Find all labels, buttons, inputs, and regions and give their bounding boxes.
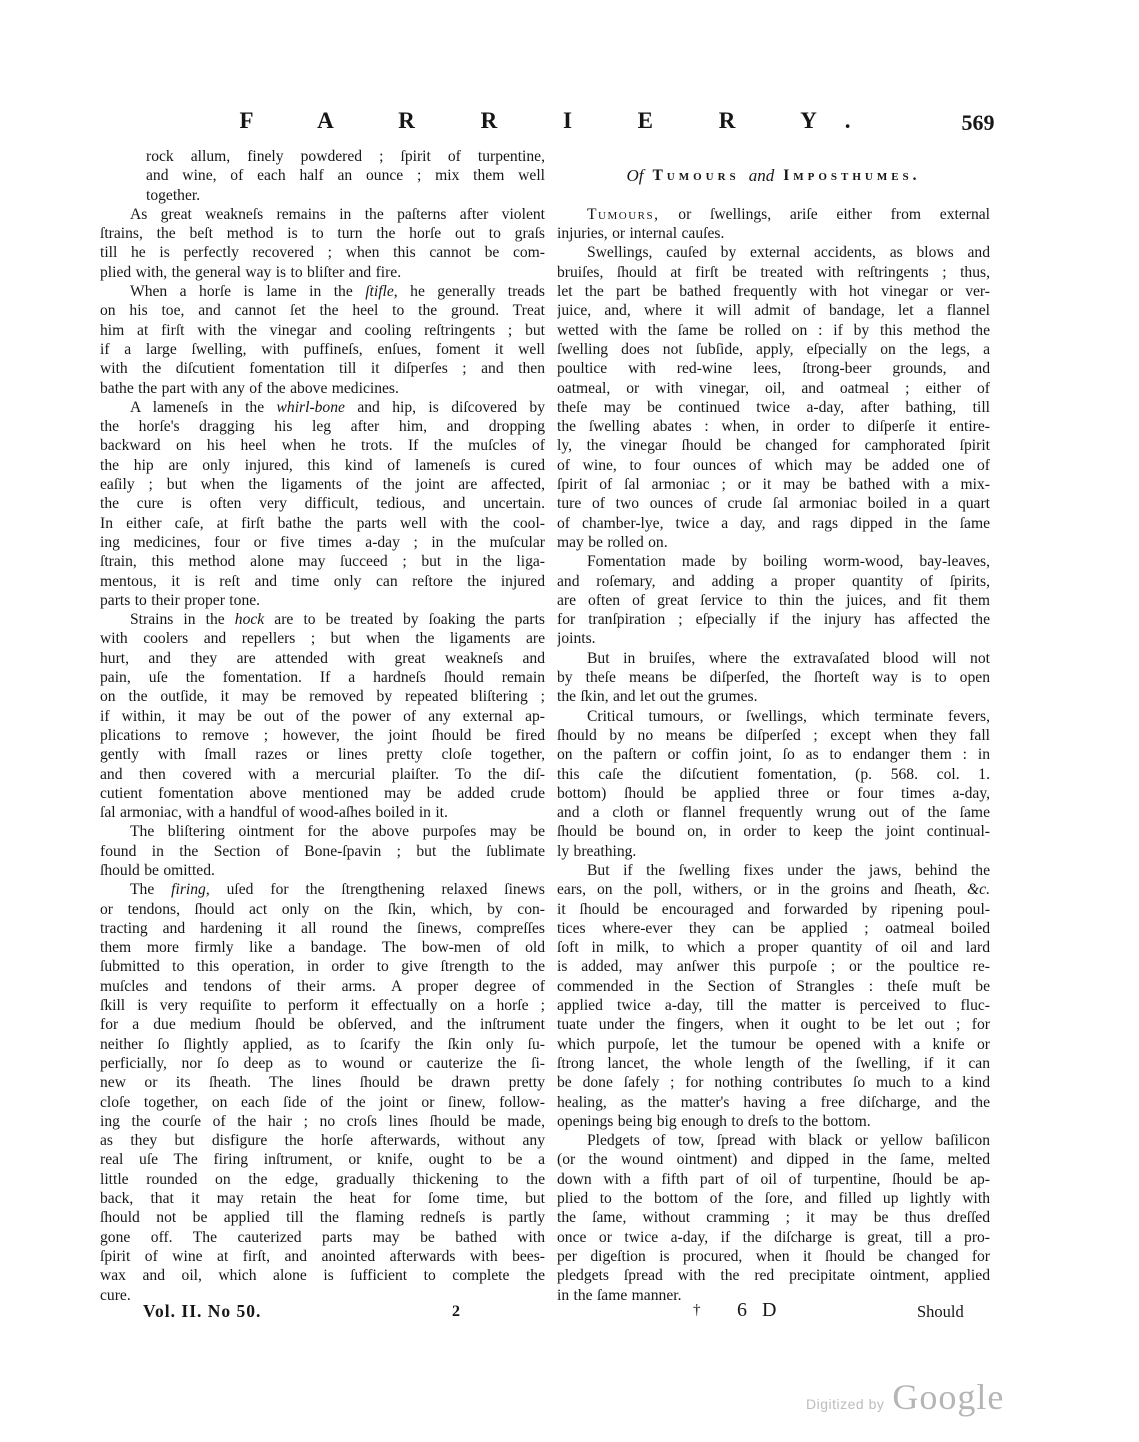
text-segment: , uſed for the ſtrengthening relaxed ſin… [206,881,545,898]
text-line: wax and oil, which alone is ſufficient t… [100,1266,545,1285]
text-line: on the paſtern or coffin joint, ſo as to… [557,745,990,764]
left-footer: Vol. II. No 50. 2 [100,1301,545,1325]
text-line: backward on his heel when he trots. If t… [100,436,545,455]
text-line: theſe may be continued twice a-day, afte… [557,398,990,417]
gathering-signature: 6 D [737,1299,781,1322]
text-line: till he is perfectly recovered ; when th… [100,243,545,262]
text-line: ing the courſe of the hair ; no croſs li… [100,1112,545,1131]
text-line: ſpirit of wine at firſt, and anointed af… [100,1247,545,1266]
text-line: of wine, to four ounces of which may be … [557,456,990,475]
text-line: or tendons, ſhould act only on the ſkin,… [100,900,545,919]
text-line: ly, the vinegar ſhould be changed for ca… [557,436,990,455]
right-footer: † 6 D Should [557,1299,990,1325]
text-line: new or its ſheath. The lines ſhould be d… [100,1073,545,1092]
text-line: tracting and hardening it all round the … [100,919,545,938]
text-line: let the part be bathed frequently with h… [557,282,990,301]
text-line: and a cloth or flannel frequently wrung … [557,803,990,822]
book-page: F A R R I E R Y. 569 rock allum, finely … [0,0,1139,1442]
text-line: When a horſe is lame in the ſtifle, he g… [100,282,545,301]
text-line: ture of two ounces of crude ſal armoniac… [557,494,990,513]
text-line: once or twice a-day, if the diſcharge is… [557,1228,990,1247]
text-line: pledgets ſpread with the red precipitate… [557,1266,990,1285]
text-line: are often of great ſervice to thin the j… [557,591,990,610]
text-line: joints. [557,629,990,648]
text-line: for a due medium ſhould be obſerved, and… [100,1015,545,1034]
text-segment: ears, on the poll, withers, or in the gr… [557,881,967,898]
text-line: together. [100,186,545,205]
text-line: per digeſtion is procured, when it ſhoul… [557,1247,990,1266]
text-line: ſpirit of ſal armoniac ; or it may be ba… [557,475,990,494]
text-line: tuate under the fingers, when it ought t… [557,1015,990,1034]
text-line: ſtrong lancet, the whole length of the ſ… [557,1054,990,1073]
text-segment: The [130,881,171,898]
text-line: wetted with the ſame be rolled on : if b… [557,321,990,340]
text-line: bathe the part with any of the above med… [100,379,545,398]
text-line: healing, as the matter's having a free d… [557,1093,990,1112]
text-line: poultice with red-wine lees, ſtrong-beer… [557,359,990,378]
text-line: back, that it may retain the heat for ſo… [100,1189,545,1208]
text-line: muſcles and tendons of their arms. A pro… [100,977,545,996]
text-line: ſwelling does not ſubſide, apply, eſpeci… [557,340,990,359]
text-line: cutient fomentation above mentioned may … [100,784,545,803]
text-line: mentous, it is reſt and time only can re… [100,572,545,591]
text-line: it ſhould be encouraged and forwarded by… [557,900,990,919]
text-line: But in bruiſes, where the extravaſated b… [557,649,990,668]
text-line: plied to the bottom of the ſore, and fil… [557,1189,990,1208]
volume-label: Vol. II. No 50. [143,1301,261,1322]
text-line: Swellings, cauſed by external accidents,… [557,243,990,262]
text-line: Pledgets of tow, ſpread with black or ye… [557,1131,990,1150]
text-line: ing medicines, four or five times a-day … [100,533,545,552]
text-line: ſhould be omitted. [100,861,545,880]
italic-text: firing [171,881,206,898]
text-line: the cure is often very difficult, tediou… [100,494,545,513]
text-line: bottom) ſhould be applied three or four … [557,784,990,803]
text-line: ly breathing. [557,842,990,861]
right-column-text: Tumours, or ſwellings, ariſe either from… [557,205,990,1305]
text-line: tices where-ever they can be applied ; o… [557,919,990,938]
text-line: The bliſtering ointment for the above pu… [100,822,545,841]
heading-and: and [749,166,775,186]
digitized-watermark: Digitized by Google [806,1376,1004,1418]
text-line: the ſkin, and let out the grumes. [557,687,990,706]
text-line: (or the wound ointment) and dipped in th… [557,1150,990,1169]
text-line: injuries, or internal cauſes. [557,224,990,243]
text-line: ears, on the poll, withers, or in the gr… [557,880,990,899]
text-line: bruiſes, ſhould at firſt be treated with… [557,263,990,282]
text-line: with the diſcutient fomentation till it … [100,359,545,378]
text-line: ſhould by no means be diſperſed ; except… [557,726,990,745]
text-line: The firing, uſed for the ſtrengthening r… [100,880,545,899]
text-segment: Strains in the [130,611,235,628]
running-title: F A R R I E R Y. [105,108,985,134]
text-line: on his toe, and cannot ſet the heel to t… [100,301,545,320]
text-segment: , he generally treads [394,283,545,300]
text-segment: A lameneſs in the [130,399,277,416]
text-line: hurt, and they are attended with great w… [100,649,545,668]
text-line: Fomentation made by boiling worm-wood, b… [557,552,990,571]
text-line: gone off. The cauterized parts may be ba… [100,1228,545,1247]
text-line: Critical tumours, or ſwellings, which te… [557,707,990,726]
text-line: cloſe together, on each ſide of the join… [100,1093,545,1112]
heading-of: Of [626,166,643,186]
italic-text: ſtifle [365,283,394,300]
text-line: the ſwelling abates : when, in order to … [557,417,990,436]
text-line: ſtrains, the beſt method is to turn the … [100,224,545,243]
text-line: A lameneſs in the whirl-bone and hip, is… [100,398,545,417]
page-number: 569 [948,110,1008,136]
text-line: if a large ſwelling, with puffineſs, enſ… [100,340,545,359]
text-line: ſhould be bound on, in order to keep the… [557,822,990,841]
text-line: him at firſt with the vinegar and coolin… [100,321,545,340]
text-line: applied twice a-day, till the matter is … [557,996,990,1015]
text-line: parts to their proper tone. [100,591,545,610]
text-line: plied with, the general way is to bliſte… [100,263,545,282]
text-line: Strains in the hock are to be treated by… [100,610,545,629]
text-line: eaſily ; but when the ligaments of the j… [100,475,545,494]
text-line: ſal armoniac, with a handful of wood-aſh… [100,803,545,822]
italic-text: &c. [967,881,990,898]
text-line: pain, uſe the fomentation. If a hardneſs… [100,668,545,687]
text-line: be done ſafely ; for nothing contributes… [557,1073,990,1092]
section-heading: Of Tumours and Imposthumes. [557,147,990,205]
text-line: ſhould not be applied till the flaming r… [100,1208,545,1227]
text-line: is added, may anſwer this purpoſe ; or t… [557,957,990,976]
right-column: Of Tumours and Imposthumes. Tumours, or … [557,147,990,1305]
text-line: Tumours, or ſwellings, ariſe either from… [557,205,990,224]
catchword: Should [917,1302,964,1322]
text-segment: and hip, is diſcovered by [345,399,545,416]
text-line: plications to remove ; however, the join… [100,726,545,745]
text-line: of chamber-lye, twice a day, and rags di… [557,514,990,533]
text-line: them more firmly like a bandage. The bow… [100,938,545,957]
text-line: ſkill is very requiſite to perform it ef… [100,996,545,1015]
text-line: this caſe the diſcutient fomentation, (p… [557,765,990,784]
text-line: little rounded on the edge, gradually th… [100,1170,545,1189]
text-line: the ſame, without cramming ; it may be t… [557,1208,990,1227]
text-line: found in the Section of Bone-ſpavin ; bu… [100,842,545,861]
text-line: real uſe The firing inſtrument, or knife… [100,1150,545,1169]
text-line: which purpoſe, let the tumour be opened … [557,1035,990,1054]
text-line: on the outſide, it may be removed by rep… [100,687,545,706]
text-line: juice, and, where it will admit of banda… [557,301,990,320]
press-figure: 2 [452,1303,460,1321]
text-line: openings being big enough to dreſs to th… [557,1112,990,1131]
text-line: for tranſpiration ; eſpecially if the in… [557,610,990,629]
text-line: the hip are only injured, this kind of l… [100,456,545,475]
text-line: ſubmitted to this operation, in order to… [100,957,545,976]
heading-subject-1: Tumours [652,167,739,185]
google-logo: Google [892,1376,1004,1418]
text-line: As great weakneſs remains in the paſtern… [100,205,545,224]
text-segment: are to be treated by ſoaking the parts [264,611,545,628]
watermark-prefix: Digitized by [806,1396,884,1412]
text-line: ſoft in milk, to which a proper quantity… [557,938,990,957]
text-line: may be rolled on. [557,533,990,552]
text-line: ſtrain, this method alone may ſucceed ; … [100,552,545,571]
text-segment: or ſwellings, ariſe either from external [660,206,991,223]
text-line: and wine, of each half an ounce ; mix th… [100,166,545,185]
italic-text: hock [235,611,264,628]
text-line: as they but disfigure the horſe afterwar… [100,1131,545,1150]
text-line: In either caſe, at firſt bathe the parts… [100,514,545,533]
text-line: perficially, nor ſo deep as to wound or … [100,1054,545,1073]
text-line: if within, it may be out of the power of… [100,707,545,726]
text-segment: When a horſe is lame in the [130,283,365,300]
text-line: gently with ſmall razes or lines pretty … [100,745,545,764]
text-line: with coolers and repellers ; but when th… [100,629,545,648]
italic-text: whirl-bone [277,399,345,416]
text-line: down with a fifth part of oil of turpent… [557,1170,990,1189]
dagger-mark: † [693,1302,701,1319]
text-line: neither ſo ſlightly applied, as to ſcari… [100,1035,545,1054]
text-line: and then covered with a mercurial plaiſt… [100,765,545,784]
left-column: rock allum, finely powdered ; ſpirit of … [100,147,545,1305]
heading-subject-2: Imposthumes. [783,167,920,185]
text-line: oatmeal, or with vinegar, oil, and oatme… [557,379,990,398]
text-line: the horſe's dragging his leg after him, … [100,417,545,436]
small-caps-lead: Tumours, [587,206,660,223]
text-line: and roſemary, and adding a proper quanti… [557,572,990,591]
text-line: commended in the Section of Strangles : … [557,977,990,996]
text-line: But if the ſwelling fixes under the jaws… [557,861,990,880]
text-line: by theſe means be diſperſed, the ſhorteſ… [557,668,990,687]
text-line: rock allum, finely powdered ; ſpirit of … [100,147,545,166]
